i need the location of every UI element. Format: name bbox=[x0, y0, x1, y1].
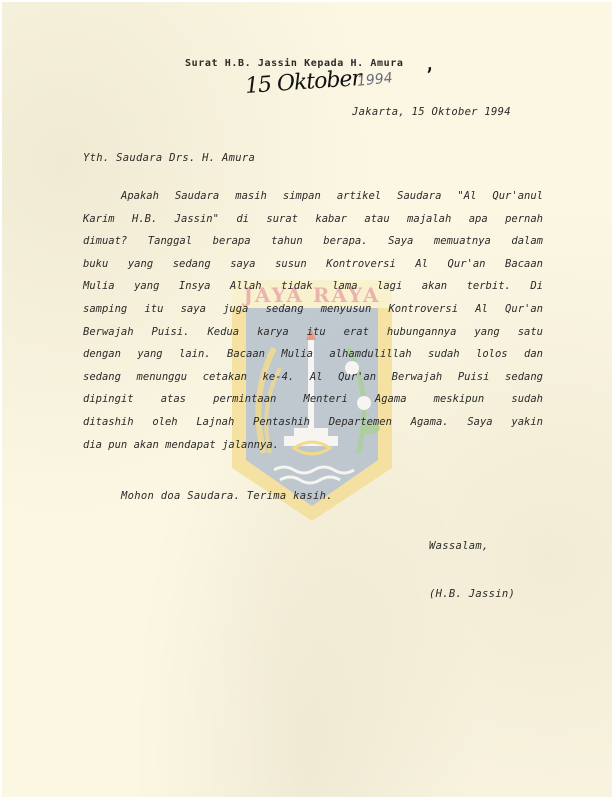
body-line: dengan yang lain. Bacaan Mulia alhamduli… bbox=[83, 343, 543, 366]
closing-line: Mohon doa Saudara. Terima kasih. bbox=[121, 490, 333, 502]
regards: Wassalam, bbox=[429, 540, 489, 552]
body-line: dipingit atas permintaan Menteri Agama m… bbox=[83, 388, 543, 411]
body-line: samping itu saya juga sedang menyusun Ko… bbox=[83, 298, 543, 321]
body-line: buku yang sedang saya susun Kontroversi … bbox=[83, 253, 543, 276]
body-line: ditashih oleh Lajnah Pentashih Departeme… bbox=[83, 411, 543, 434]
body-line: Mulia yang Insya Allah tidak lama lagi a… bbox=[83, 275, 543, 298]
body-line: dimuat? Tanggal berapa tahun berapa. Say… bbox=[83, 230, 543, 253]
handwritten-year: 1994 bbox=[356, 70, 393, 90]
body-line: Apakah Saudara masih simpan artikel Saud… bbox=[83, 185, 543, 208]
body-line: Karim H.B. Jassin" di surat kabar atau m… bbox=[83, 208, 543, 231]
signature: (H.B. Jassin) bbox=[429, 588, 515, 600]
letter-heading: Surat H.B. Jassin Kepada H. Amura bbox=[185, 58, 403, 69]
handwritten-date: 15 Oktober bbox=[244, 66, 362, 99]
body-line: dia pun akan mendapat jalannya. bbox=[83, 434, 543, 457]
heading-handwritten-comma: , bbox=[424, 54, 434, 76]
body-line: Berwajah Puisi. Kedua karya itu erat hub… bbox=[83, 321, 543, 344]
letter-page: JAYA RAYA Surat H.B. Jassin Kepada H. Am… bbox=[2, 2, 612, 797]
place-date: Jakarta, 15 Oktober 1994 bbox=[352, 106, 511, 118]
letter-body: Apakah Saudara masih simpan artikel Saud… bbox=[83, 185, 543, 456]
salutation: Yth. Saudara Drs. H. Amura bbox=[83, 152, 255, 164]
body-line: sedang menunggu cetakan ke-4. Al Qur'an … bbox=[83, 366, 543, 389]
